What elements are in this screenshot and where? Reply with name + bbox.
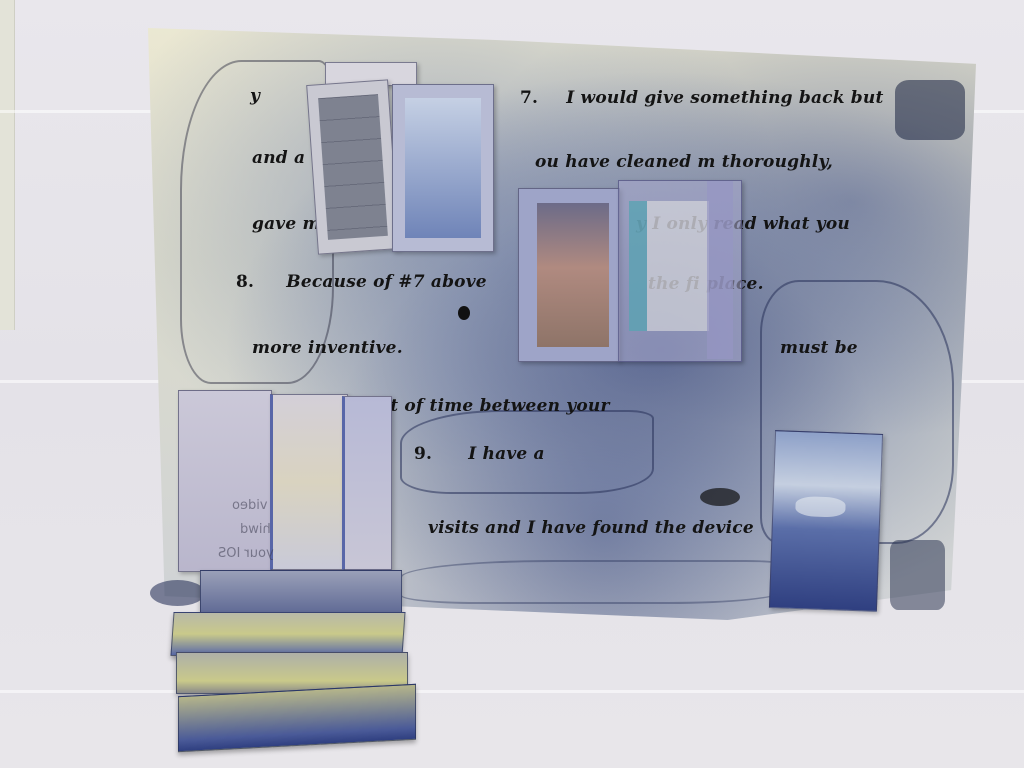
accordion-fold-3	[178, 684, 416, 752]
window-rose-image	[537, 203, 609, 348]
door-blue-panel	[392, 84, 494, 252]
frame-side-strip	[707, 181, 733, 359]
text-fragment: must be	[780, 338, 858, 358]
item-number: 9.	[414, 444, 432, 464]
text-fragment: more inventive.	[252, 338, 403, 358]
torn-edge	[400, 560, 784, 604]
mirrored-text: your IOS	[218, 546, 274, 561]
numbered-item-8: 8. Because of #7 above	[236, 272, 487, 292]
ink-blot	[895, 80, 965, 140]
mauve-strip-mid	[270, 394, 348, 570]
numbered-item-7: 7. I would give something back but	[520, 88, 884, 108]
frame-window	[647, 201, 709, 331]
brush-stroke	[0, 690, 1024, 693]
wall-edge-paper	[0, 0, 15, 330]
window-light	[795, 496, 846, 518]
door-grey-image	[318, 94, 389, 239]
mirrored-text: video	[232, 498, 268, 513]
text-fragment: visits and I have found the device	[428, 518, 754, 538]
mauve-strip-left	[178, 390, 272, 572]
ink-blot	[700, 488, 740, 506]
mauve-strip-right	[342, 396, 392, 570]
ink-dot	[458, 306, 470, 320]
ink-blot	[150, 580, 205, 606]
ink-blot	[890, 540, 945, 610]
item-text: I would give something back but	[566, 88, 883, 108]
item-number: 7.	[520, 88, 538, 108]
item-number: 8.	[236, 272, 254, 292]
numbered-item-9: 9. I have a	[414, 444, 545, 464]
text-fragment: lot of time between your	[372, 396, 610, 416]
item-text: Because of #7 above	[286, 272, 487, 292]
item-text: I have a	[468, 444, 544, 464]
window-rose-panel	[518, 188, 620, 362]
text-fragment: ou have cleaned m thoroughly,	[535, 152, 833, 172]
text-fragment: y	[250, 86, 260, 106]
door-blue-image	[405, 98, 481, 237]
text-fragment: and a	[252, 148, 305, 168]
teal-strip	[629, 201, 647, 331]
door-grey-panel	[306, 79, 400, 254]
accordion-fold-1	[170, 612, 405, 656]
mirrored-text: hiwd	[240, 522, 271, 537]
window-night-panel	[769, 430, 883, 612]
open-frame-panel	[618, 180, 742, 362]
